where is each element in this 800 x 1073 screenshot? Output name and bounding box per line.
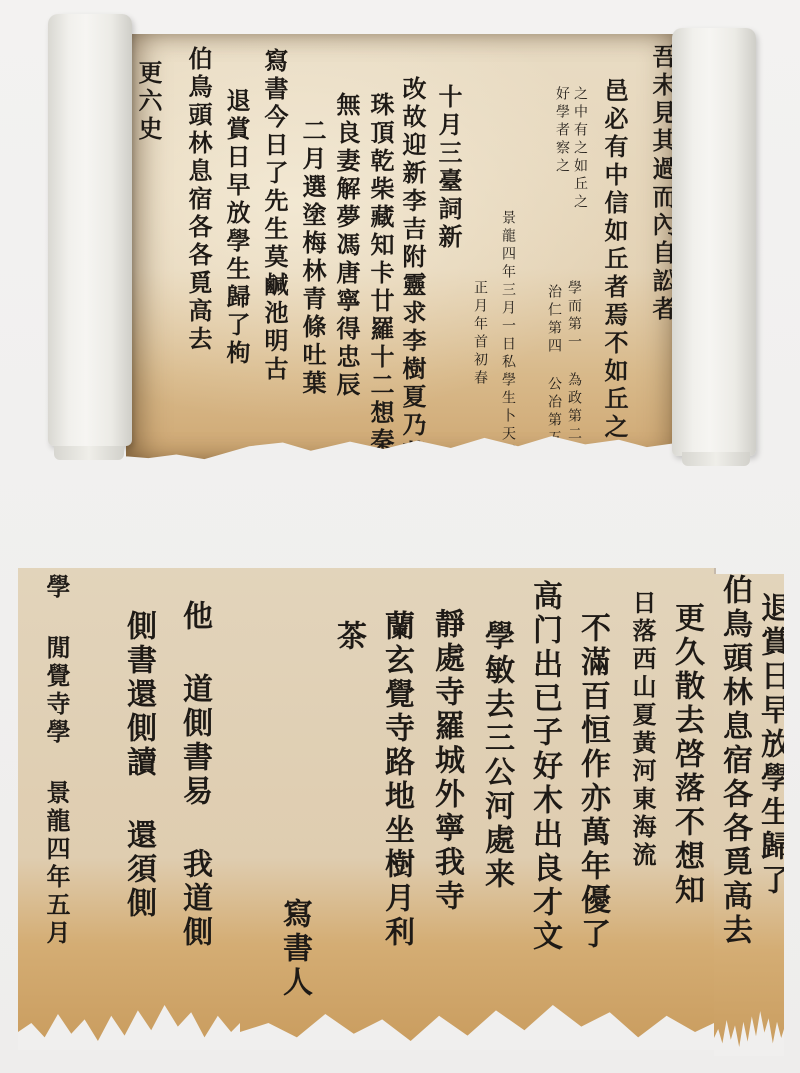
fragment-sheet-right: 退賞日早放學生歸了 伯鳥頭林息宿各各覓高去 [714, 574, 784, 1056]
fragment-column-3: 更久散去啓落不想知 [664, 602, 708, 908]
scroll-column-13: 二月選塗梅林青條吐葉 [295, 118, 330, 398]
fragment-column-13: 側書還側讀 還須側 [116, 610, 160, 921]
fragment-sheet-left: 他 道側書易 我道側 側書還側讀 還須側 學 閒覺寺學 景龍四年五月 [18, 568, 240, 1050]
manuscript-fragment: 他 道側書易 我道側 側書還側讀 還須側 學 閒覺寺學 景龍四年五月 更久散去啓… [18, 568, 784, 1050]
scroll-column-15: 退賞日早放學生歸了枸 [219, 88, 254, 368]
scroll-column-11: 珠頂乾柴藏知卡廿羅十二想秦 [363, 92, 398, 456]
scroll-column-17: 更六史 [131, 60, 166, 144]
scroll-column-14: 寫書今日了先生莫鹹池明古 [257, 48, 292, 384]
torn-edge [18, 960, 240, 1050]
scroll-roller-left [48, 14, 132, 446]
scroll-column-2: 邑必有中信如丘者焉不如丘之好學也 [597, 78, 632, 460]
fragment-column-11: 寫書人 [272, 898, 316, 1000]
fragment-column-5: 不滿百恒作亦萬年優了 [570, 612, 614, 952]
scroll-column-5: 學而第一 為政第二 八佾第三 [564, 280, 584, 460]
roller-end [54, 446, 124, 460]
scroll-column-4: 好學者察之 [552, 86, 572, 176]
torn-edge [714, 966, 784, 1056]
scroll-roller-right [672, 28, 756, 456]
scroll-column-10: 改故迎新李吉附靈求李樹夏乃茂 [395, 76, 430, 460]
fragment-column-9: 蘭玄覺寺路地坐樹月利 [374, 610, 418, 950]
fragment-sheet-middle: 更久散去啓落不想知 日落西山夏黃河東海流 不滿百恒作亦萬年優了 高门出已子好木出… [240, 568, 714, 1050]
scroll-paper: 吾未見其過而內自訟者 邑必有中信如丘者焉不如丘之好學也 之中有之如丘之 好學者察… [126, 34, 686, 460]
fragment-column-12: 他 道側書易 我道側 [172, 600, 216, 950]
fragment-column-6: 高门出已子好木出良才文 [522, 580, 566, 954]
fragment-column-10: 茶 [326, 620, 370, 654]
fragment-column-14: 學 閒覺寺學 景龍四年五月 [39, 574, 74, 948]
roller-end [682, 452, 750, 466]
scroll-column-7: 景龍四年三月一日私學生卜天壽 [498, 210, 518, 460]
fragment-column-4: 日落西山夏黃河東海流 [625, 590, 660, 870]
scroll-column-3: 之中有之如丘之 [570, 86, 590, 212]
scroll-column-8: 正月年首初春 [470, 280, 490, 388]
fragment-column-7: 學敏去三公河處来 [474, 620, 518, 892]
scroll-column-16: 伯鳥頭林息宿各各覓高去 [181, 46, 216, 354]
scroll-column-9: 十月三臺詞新 [431, 84, 466, 252]
unrolled-scroll: 吾未見其過而內自訟者 邑必有中信如丘者焉不如丘之好學也 之中有之如丘之 好學者察… [44, 14, 760, 466]
fragment-column-2: 伯鳥頭林息宿各各覓高去 [714, 574, 756, 948]
fragment-column-8: 靜處寺羅城外寧我寺 [424, 608, 468, 914]
scroll-column-12: 無良妻解夢馮唐寧得忠辰 [329, 92, 364, 400]
scroll-column-6: 治仁第四 公冶第五 [544, 284, 564, 448]
